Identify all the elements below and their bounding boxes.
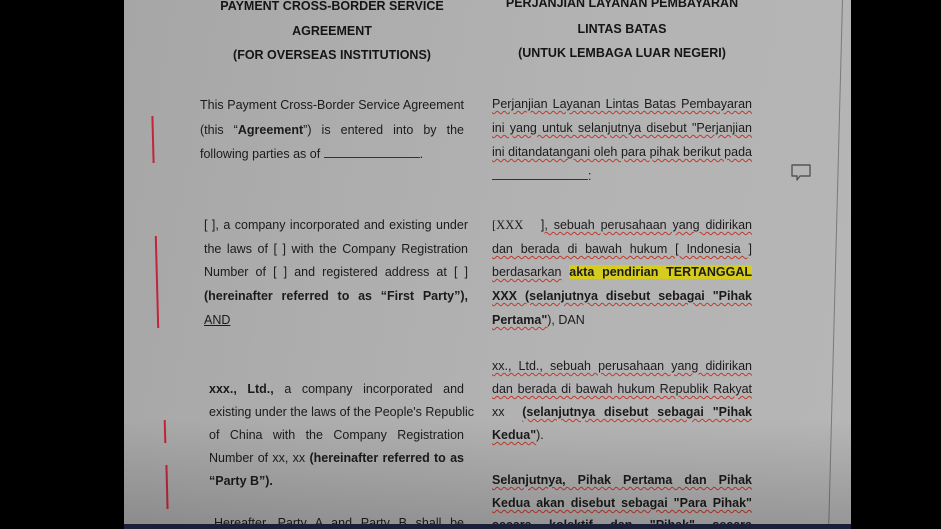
text-span: Pertama" xyxy=(492,313,547,327)
text-line: Number of [ ] and registered address at … xyxy=(204,264,468,280)
text-span: following parties as of xyxy=(200,147,320,161)
text-span: (this “ xyxy=(200,123,238,137)
indonesian-title-line-1: PERJANJIAN LAYANAN PEMBAYARAN xyxy=(492,0,752,10)
text-line: : xyxy=(492,168,752,184)
text-line: the laws of [ ] with the Company Registr… xyxy=(204,241,468,257)
indonesian-title-line-2: LINTAS BATAS xyxy=(492,22,752,36)
change-bar xyxy=(165,465,168,509)
text-span: . xyxy=(420,147,423,161)
text-span: [XXX xyxy=(492,218,523,232)
english-column: PAYMENT CROSS-BORDER SERVICE AGREEMENT (… xyxy=(200,0,464,529)
text-span: : xyxy=(588,169,591,183)
comment-bubble-icon[interactable] xyxy=(790,163,812,183)
text-line: Kedua akan disebut sebagai "Para Pihak" xyxy=(492,495,752,511)
text-line: following parties as of . xyxy=(200,146,464,162)
text-span: ], sebuah perusahaan yang didirikan xyxy=(541,218,752,232)
taskbar-edge xyxy=(124,524,851,529)
text-line: xx., Ltd., sebuah perusahaan yang didiri… xyxy=(492,358,752,374)
text-line: (hereinafter referred to as “First Party… xyxy=(204,288,468,304)
change-bar xyxy=(164,420,167,443)
text-line: xx (selanjutnya disebut sebagai "Pihak xyxy=(492,404,752,420)
change-bar xyxy=(151,116,154,163)
text-line: Number of xx, xx (hereinafter referred t… xyxy=(209,450,464,466)
text-line: of China with the Company Registration xyxy=(209,427,464,443)
text-line: ini yang untuk selanjutnya disebut "Perj… xyxy=(492,120,752,136)
text-span: Kedua" xyxy=(492,428,536,442)
text-span: ). xyxy=(536,428,544,442)
text-line: Selanjutnya, Pihak Pertama dan Pihak xyxy=(492,472,752,488)
text-line: existing under the laws of the People's … xyxy=(209,404,464,420)
date-blank-field[interactable] xyxy=(324,146,420,158)
date-blank-field[interactable] xyxy=(492,168,588,180)
text-line: ini ditandatangani oleh para pihak berik… xyxy=(492,144,752,160)
text-span: Number of xx, xx xyxy=(209,451,305,465)
text-span: xx xyxy=(492,405,505,419)
english-title-line-1: PAYMENT CROSS-BORDER SERVICE xyxy=(200,0,464,13)
text-span: ”) is entered into by the xyxy=(303,123,464,137)
text-line: (this “Agreement”) is entered into by th… xyxy=(200,122,464,138)
party-b-name: xxx., Ltd., xyxy=(209,382,274,396)
text-line: berdasarkan akta pendirian TERTANGGAL xyxy=(492,264,752,280)
text-line: Perjanjian Layanan Lintas Batas Pembayar… xyxy=(492,96,752,112)
text-line: “Party B”). xyxy=(209,473,464,489)
text-line: This Payment Cross-Border Service Agreem… xyxy=(200,97,464,113)
highlighted-text: akta pendirian TERTANGGAL xyxy=(569,265,752,279)
text-line: Kedua"). xyxy=(492,427,752,443)
text-line: xxx., Ltd., a company incorporated and xyxy=(209,381,464,397)
english-title-line-2: AGREEMENT xyxy=(200,24,464,38)
agreement-term: Agreement xyxy=(238,123,303,137)
text-span: ), DAN xyxy=(547,313,585,327)
text-line: [XXX ], sebuah perusahaan yang didirikan xyxy=(492,217,752,233)
page-margin-line xyxy=(828,0,843,529)
text-line: XXX (selanjutnya disebut sebagai "Pihak xyxy=(492,288,752,304)
indonesian-title-line-3: (UNTUK LEMBAGA LUAR NEGERI) xyxy=(492,46,752,60)
english-title-line-3: (FOR OVERSEAS INSTITUTIONS) xyxy=(200,48,464,62)
text-span: a company incorporated and xyxy=(284,382,464,396)
indonesian-column: PERJANJIAN LAYANAN PEMBAYARAN LINTAS BAT… xyxy=(492,0,752,529)
text-span: berdasarkan xyxy=(492,265,562,279)
text-span: (hereinafter referred to as xyxy=(309,451,464,465)
text-line: Pertama"), DAN xyxy=(492,312,752,328)
change-bar xyxy=(155,236,159,328)
text-line: [ ], a company incorporated and existing… xyxy=(204,217,468,233)
document-page: PAYMENT CROSS-BORDER SERVICE AGREEMENT (… xyxy=(124,0,851,529)
text-line: dan berada di bawah hukum [ Indonesia ] xyxy=(492,241,752,257)
text-line: AND xyxy=(204,312,468,328)
text-line: dan berada di bawah hukum Republik Rakya… xyxy=(492,381,752,397)
text-span: (selanjutnya disebut sebagai "Pihak xyxy=(522,405,752,419)
